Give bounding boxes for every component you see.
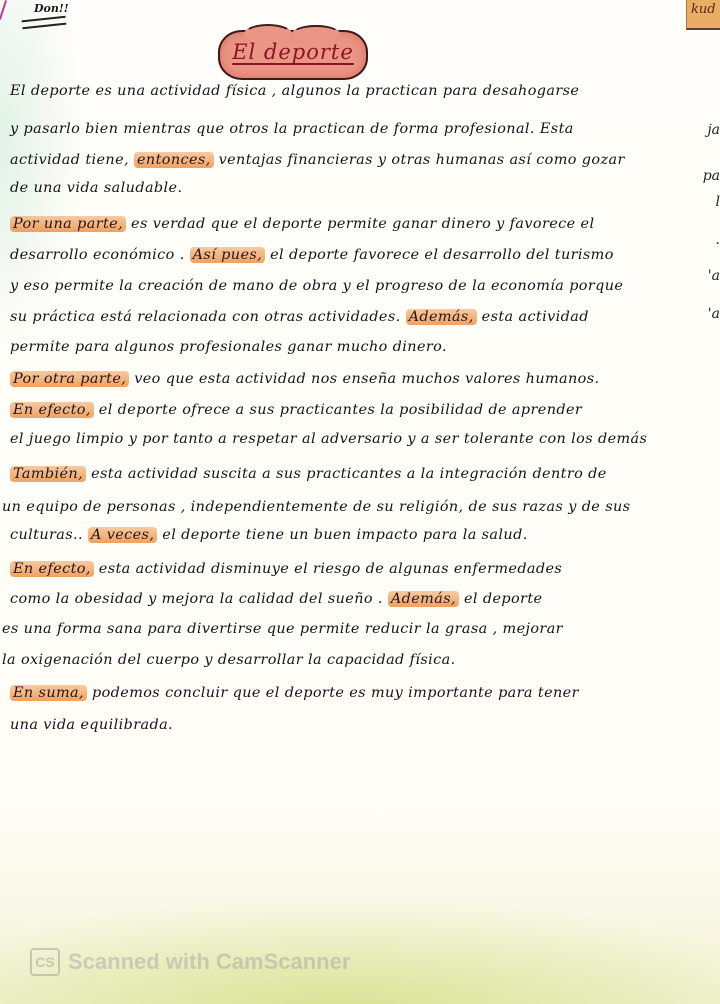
line-text: culturas.. [10,527,88,543]
essay-line: culturas.. A veces, el deporte tiene un … [10,527,528,543]
line-text: el deporte favorece el desarrollo del tu… [265,247,614,263]
essay-line: Por una parte, es verdad que el deporte … [10,216,594,232]
line-text: El deporte es una actividad física , alg… [10,83,579,99]
essay-line: El deporte es una actividad física , alg… [10,83,579,99]
line-text: es una forma sana para divertirse que pe… [2,621,563,637]
camscanner-logo-icon: CS [30,948,60,976]
essay-line: y eso permite la creación de mano de obr… [10,278,623,294]
side-scrap: . [716,232,720,248]
side-scrap: 'a [708,306,720,322]
essay-line: desarrollo económico . Así pues, el depo… [10,247,614,263]
side-scrap: 'a [708,268,720,284]
highlighted-connector: Así pues, [190,247,266,263]
title-cloud: El deporte [218,30,368,80]
highlighted-connector: Por otra parte, [10,371,129,387]
line-text: esta actividad disminuye el riesgo de al… [94,561,562,577]
line-text: su práctica está relacionada con otras a… [10,309,406,325]
line-text: y pasarlo bien mientras que otros la pra… [10,121,574,137]
essay-line: También, esta actividad suscita a sus pr… [10,466,607,482]
line-text: veo que esta actividad nos enseña muchos… [129,371,599,387]
watermark-text: Scanned with CamScanner [68,949,350,975]
essay-line: como la obesidad y mejora la calidad del… [10,591,542,607]
line-text: el deporte tiene un buen impacto para la… [157,527,527,543]
essay-line: y pasarlo bien mientras que otros la pra… [10,121,574,137]
line-text: la oxigenación del cuerpo y desarrollar … [2,652,456,668]
line-text: el juego limpio y por tanto a respetar a… [10,431,647,447]
essay-line: la oxigenación del cuerpo y desarrollar … [2,652,456,668]
highlighted-connector: También, [10,466,86,482]
line-text: es verdad que el deporte permite ganar d… [126,216,594,232]
line-text: de una vida saludable. [10,180,182,196]
essay-line: actividad tiene, entonces, ventajas fina… [10,152,625,168]
camscanner-watermark: CS Scanned with CamScanner [30,948,350,976]
line-text: permite para algunos profesionales ganar… [10,339,447,355]
essay-line: En suma, podemos concluir que el deporte… [10,685,579,701]
line-text: una vida equilibrada. [10,717,173,733]
essay-line: su práctica está relacionada con otras a… [10,309,589,325]
essay-line: Por otra parte, veo que esta actividad n… [10,371,600,387]
highlighted-connector: En suma, [10,685,87,701]
line-text: actividad tiene, [10,152,134,168]
essay-line: una vida equilibrada. [10,717,173,733]
highlighted-connector: A veces, [88,527,157,543]
essay-line: de una vida saludable. [10,180,182,196]
essay-line: un equipo de personas , independientemen… [2,499,630,515]
essay-line: el juego limpio y por tanto a respetar a… [10,431,647,447]
essay-line: es una forma sana para divertirse que pe… [2,621,563,637]
highlighted-connector: entonces, [134,152,214,168]
highlighted-connector: Además, [388,591,459,607]
page-title: El deporte [220,40,366,64]
line-text: como la obesidad y mejora la calidad del… [10,591,388,607]
line-text: el deporte ofrece a sus practicantes la … [94,402,582,418]
line-text: desarrollo económico . [10,247,190,263]
corner-tab: kud [686,0,720,30]
highlighted-connector: En efecto, [10,561,94,577]
top-note: Don!! [34,2,69,15]
line-text: esta actividad [477,309,589,325]
line-text: ventajas financieras y otras humanas así… [214,152,625,168]
side-scrap: l [716,194,720,210]
highlighted-connector: En efecto, [10,402,94,418]
essay-line: En efecto, esta actividad disminuye el r… [10,561,562,577]
line-text: el deporte [459,591,542,607]
highlighted-connector: Además, [406,309,477,325]
margin-mark [0,0,7,20]
notebook-page: Don!! kud El deporte El deporte es una a… [0,0,720,1004]
top-note-underline [22,16,67,30]
essay-line: permite para algunos profesionales ganar… [10,339,447,355]
highlighted-connector: Por una parte, [10,216,126,232]
line-text: podemos concluir que el deporte es muy i… [87,685,579,701]
line-text: un equipo de personas , independientemen… [2,499,630,515]
line-text: esta actividad suscita a sus practicante… [86,466,607,482]
line-text: y eso permite la creación de mano de obr… [10,278,623,294]
side-scrap: ja [707,122,720,138]
essay-line: En efecto, el deporte ofrece a sus pract… [10,402,582,418]
side-scrap: pa [703,168,720,184]
